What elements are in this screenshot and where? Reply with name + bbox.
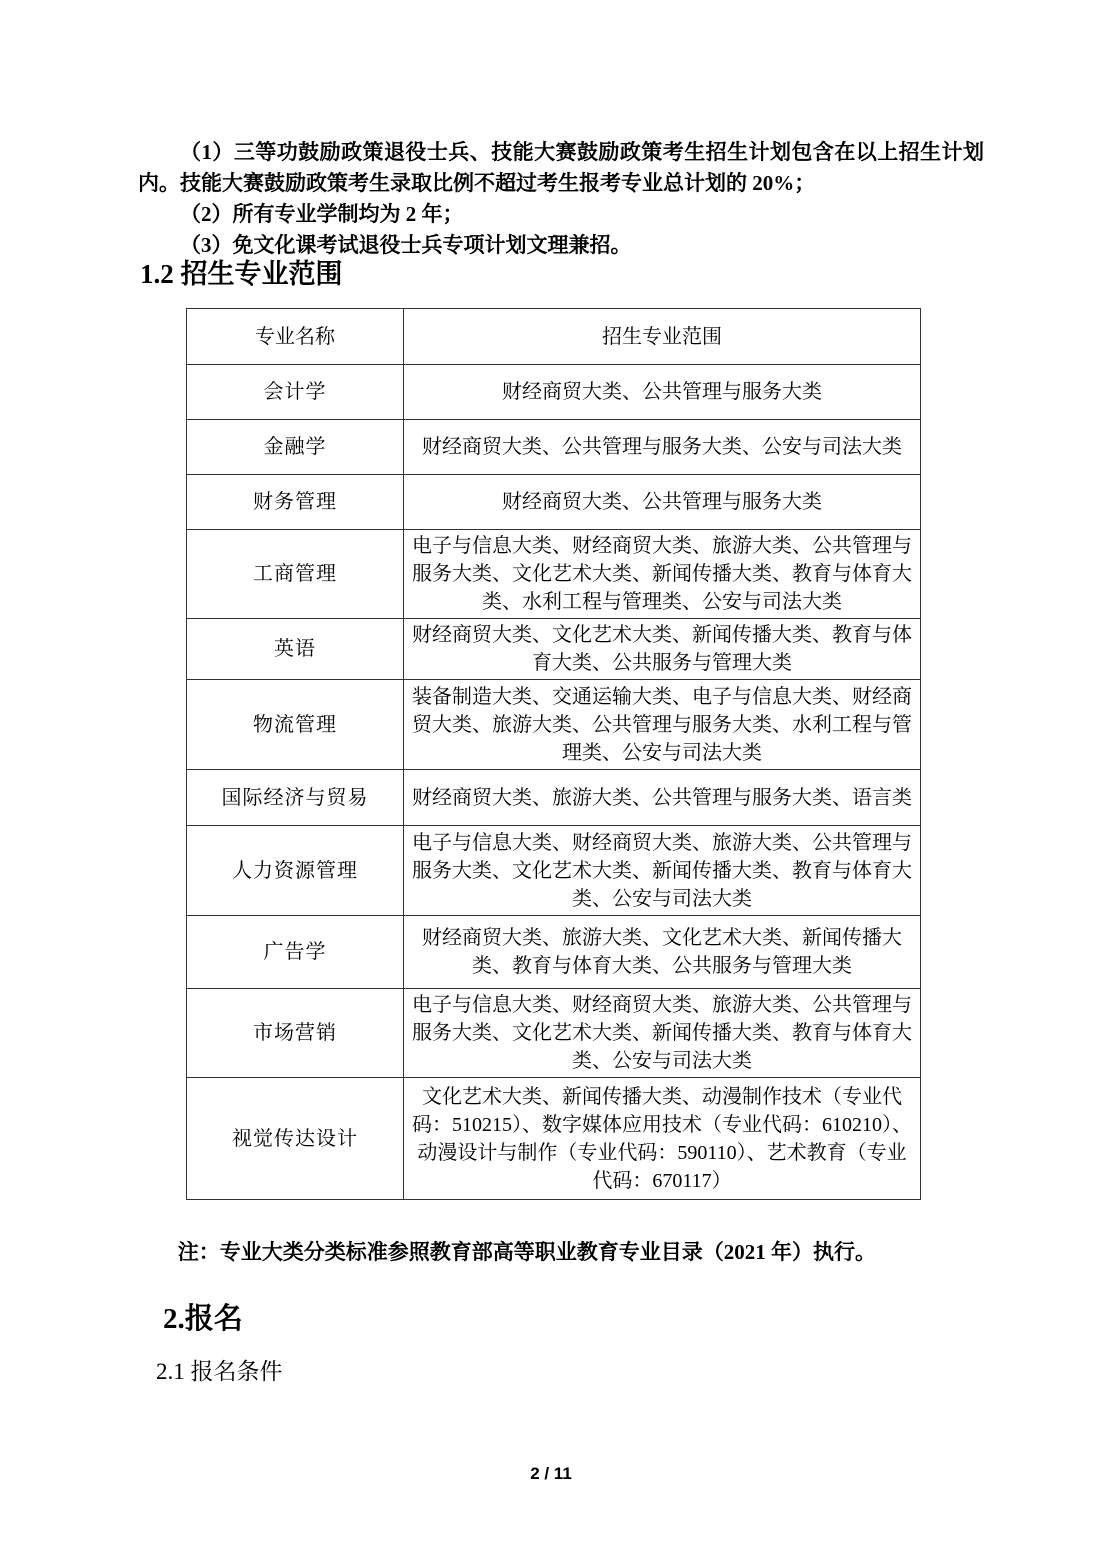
major-name-cell: 金融学: [187, 420, 404, 475]
table-header-scope: 招生专业范围: [404, 309, 921, 365]
major-name-cell: 物流管理: [187, 680, 404, 770]
section-2-1-heading: 2.1 报名条件: [156, 1356, 283, 1388]
table-row: 工商管理电子与信息大类、财经商贸大类、旅游大类、公共管理与服务大类、文化艺术大类…: [187, 530, 921, 619]
major-name-cell: 市场营销: [187, 989, 404, 1078]
admission-scope-cell: 财经商贸大类、公共管理与服务大类、公安与司法大类: [404, 420, 921, 475]
table-row: 财务管理财经商贸大类、公共管理与服务大类: [187, 475, 921, 530]
table-note: 注：专业大类分类标准参照教育部高等职业教育专业目录（2021 年）执行。: [140, 1237, 986, 1267]
table-header-row: 专业名称 招生专业范围: [187, 309, 921, 365]
intro-paragraphs: （1）三等功鼓励政策退役士兵、技能大赛鼓励政策考生招生计划包含在以上招生计划内。…: [138, 137, 984, 261]
table-row: 会计学财经商贸大类、公共管理与服务大类: [187, 365, 921, 420]
section-1-2-heading: 1.2 招生专业范围: [140, 256, 343, 292]
table-row: 人力资源管理电子与信息大类、财经商贸大类、旅游大类、公共管理与服务大类、文化艺术…: [187, 826, 921, 916]
table-row: 英语财经商贸大类、文化艺术大类、新闻传播大类、教育与体育大类、公共服务与管理大类: [187, 619, 921, 680]
major-name-cell: 工商管理: [187, 530, 404, 619]
table-row: 国际经济与贸易财经商贸大类、旅游大类、公共管理与服务大类、语言类: [187, 770, 921, 826]
admission-scope-cell: 财经商贸大类、公共管理与服务大类: [404, 365, 921, 420]
majors-scope-table: 专业名称 招生专业范围 会计学财经商贸大类、公共管理与服务大类金融学财经商贸大类…: [186, 308, 921, 1200]
admission-scope-cell: 电子与信息大类、财经商贸大类、旅游大类、公共管理与服务大类、文化艺术大类、新闻传…: [404, 989, 921, 1078]
admission-scope-cell: 文化艺术大类、新闻传播大类、动漫制作技术（专业代码：510215）、数字媒体应用…: [404, 1078, 921, 1200]
section-2-heading: 2.报名: [163, 1300, 243, 1338]
table-header-major: 专业名称: [187, 309, 404, 365]
admission-scope-cell: 电子与信息大类、财经商贸大类、旅游大类、公共管理与服务大类、文化艺术大类、新闻传…: [404, 826, 921, 916]
admission-scope-cell: 财经商贸大类、文化艺术大类、新闻传播大类、教育与体育大类、公共服务与管理大类: [404, 619, 921, 680]
admission-scope-cell: 财经商贸大类、旅游大类、公共管理与服务大类、语言类: [404, 770, 921, 826]
table-row: 广告学财经商贸大类、旅游大类、文化艺术大类、新闻传播大类、教育与体育大类、公共服…: [187, 916, 921, 989]
major-name-cell: 视觉传达设计: [187, 1078, 404, 1200]
intro-paragraph-1: （1）三等功鼓励政策退役士兵、技能大赛鼓励政策考生招生计划包含在以上招生计划内。…: [138, 137, 984, 199]
table-row: 金融学财经商贸大类、公共管理与服务大类、公安与司法大类: [187, 420, 921, 475]
major-name-cell: 广告学: [187, 916, 404, 989]
major-name-cell: 国际经济与贸易: [187, 770, 404, 826]
major-name-cell: 人力资源管理: [187, 826, 404, 916]
admission-scope-cell: 电子与信息大类、财经商贸大类、旅游大类、公共管理与服务大类、文化艺术大类、新闻传…: [404, 530, 921, 619]
table-row: 市场营销电子与信息大类、财经商贸大类、旅游大类、公共管理与服务大类、文化艺术大类…: [187, 989, 921, 1078]
major-name-cell: 会计学: [187, 365, 404, 420]
major-name-cell: 财务管理: [187, 475, 404, 530]
admission-scope-cell: 装备制造大类、交通运输大类、电子与信息大类、财经商贸大类、旅游大类、公共管理与服…: [404, 680, 921, 770]
admission-scope-cell: 财经商贸大类、公共管理与服务大类: [404, 475, 921, 530]
admission-scope-cell: 财经商贸大类、旅游大类、文化艺术大类、新闻传播大类、教育与体育大类、公共服务与管…: [404, 916, 921, 989]
document-page: （1）三等功鼓励政策退役士兵、技能大赛鼓励政策考生招生计划包含在以上招生计划内。…: [0, 0, 1102, 1559]
intro-paragraph-2: （2）所有专业学制均为 2 年；: [138, 199, 984, 230]
table-row: 物流管理装备制造大类、交通运输大类、电子与信息大类、财经商贸大类、旅游大类、公共…: [187, 680, 921, 770]
table-row: 视觉传达设计文化艺术大类、新闻传播大类、动漫制作技术（专业代码：510215）、…: [187, 1078, 921, 1200]
page-number: 2 / 11: [0, 1464, 1102, 1484]
major-name-cell: 英语: [187, 619, 404, 680]
